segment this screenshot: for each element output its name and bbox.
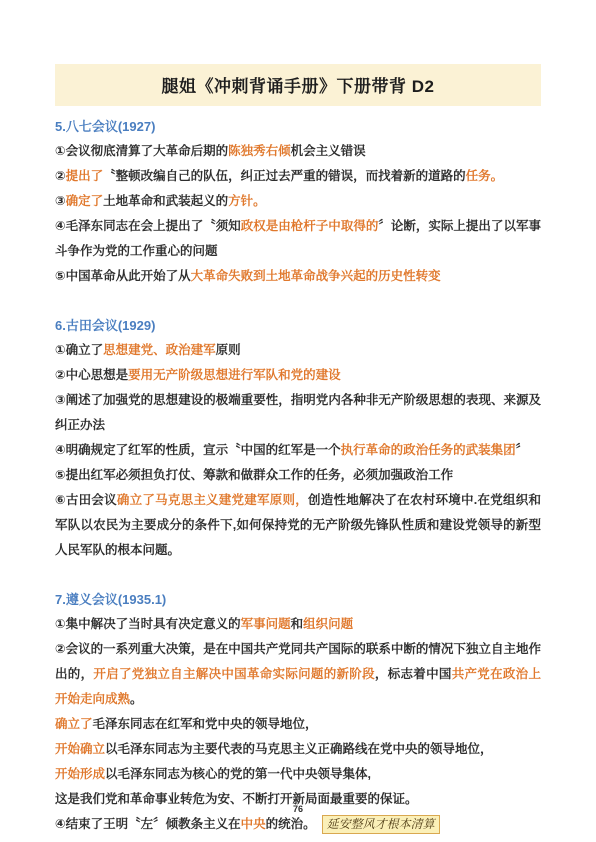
text-segment: 机会主义错误 xyxy=(291,144,366,158)
text-line: ⑥古田会议确立了马克思主义建党建军原则，创造性地解决了在农村环境中.在党组织和军… xyxy=(55,488,541,563)
text-segment: ①集中解决了当时具有决定意义的 xyxy=(55,617,241,631)
section-3: 7.遵义会议(1935.1)①集中解决了当时具有决定意义的军事问题和组织问题②会… xyxy=(55,587,541,837)
sections-container: 5.八七会议(1927)①会议彻底清算了大革命后期的陈独秀右倾机会主义错误②提出… xyxy=(55,114,541,837)
highlighted-text: 方针。 xyxy=(228,194,266,208)
section-heading: 6.古田会议(1929) xyxy=(55,313,541,338)
text-segment: 土地革命和武装起义的 xyxy=(103,194,228,208)
text-segment: ③阐述了加强党的思想建设的极端重要性，指明党内各种非无产阶级思想的表现、来源及纠… xyxy=(55,393,541,432)
text-segment: 以毛泽东同志为主要代表的马克思主义正确路线在党中央的领导地位， xyxy=(105,742,493,756)
text-line: 开始形成以毛泽东同志为核心的党的第一代中央领导集体, xyxy=(55,762,541,787)
highlighted-text: 任务。 xyxy=(466,169,504,183)
text-line: 确立了毛泽东同志在红军和党中央的领导地位， xyxy=(55,712,541,737)
highlighted-text: 大革命失败到土地革命战争兴起的历史性转变 xyxy=(191,269,441,283)
highlighted-text: 确立了 xyxy=(55,717,93,731)
text-line: ①确立了思想建党、政治建军原则 xyxy=(55,338,541,363)
text-segment: 〞 xyxy=(516,443,529,457)
text-line: ①会议彻底清算了大革命后期的陈独秀右倾机会主义错误 xyxy=(55,139,541,164)
text-segment: ⑤提出红军必须担负打仗、筹款和做群众工作的任务，必须加强政治工作 xyxy=(55,468,453,482)
highlighted-text: 组织问题 xyxy=(303,617,353,631)
text-segment: ④明确规定了红军的性质，宣示〝中国的红军是一个 xyxy=(55,443,341,457)
text-line: ⑤提出红军必须担负打仗、筹款和做群众工作的任务，必须加强政治工作 xyxy=(55,463,541,488)
note-highlight: 延安整风才根本清算 xyxy=(322,815,440,834)
text-segment: ①会议彻底清算了大革命后期的 xyxy=(55,144,228,158)
highlighted-text: 要用无产阶级思想进行军队和党的建设 xyxy=(128,368,341,382)
text-line: ③确定了土地革命和武装起义的方针。 xyxy=(55,189,541,214)
text-line: ⑤中国革命从此开始了从大革命失败到土地革命战争兴起的历史性转变 xyxy=(55,264,541,289)
text-segment: ② xyxy=(55,169,66,183)
text-segment: ④结束了王明〝左〞倾教条主义在 xyxy=(55,817,241,831)
text-segment: 以毛泽东同志为核心的党的第一代中央领导集体, xyxy=(105,767,371,781)
text-segment: ，标志着中国 xyxy=(375,667,452,681)
document-page: 腿姐《冲刺背诵手册》下册带背 D2 5.八七会议(1927)①会议彻底清算了大革… xyxy=(0,0,596,842)
text-segment: ④毛泽东同志在会上提出了〝须知 xyxy=(55,219,241,233)
highlighted-text: 确定了 xyxy=(66,194,104,208)
section-heading: 5.八七会议(1927) xyxy=(55,114,541,139)
text-segment: 原则 xyxy=(216,343,241,357)
highlighted-text: 思想建党、政治建军 xyxy=(103,343,216,357)
text-line: ④结束了王明〝左〞倾教条主义在中央的统治。延安整风才根本清算 xyxy=(55,812,541,837)
highlighted-text: 开始形成 xyxy=(55,767,105,781)
highlighted-text: 中央 xyxy=(241,817,266,831)
section-heading: 7.遵义会议(1935.1) xyxy=(55,587,541,612)
page-number: 76 xyxy=(0,804,596,814)
text-line: ②会议的一系列重大决策，是在中国共产党同共产国际的联系中断的情况下独立自主地作出… xyxy=(55,637,541,712)
section-1: 5.八七会议(1927)①会议彻底清算了大革命后期的陈独秀右倾机会主义错误②提出… xyxy=(55,114,541,289)
section-2: 6.古田会议(1929)①确立了思想建党、政治建军原则②中心思想是要用无产阶级思… xyxy=(55,313,541,563)
page-title: 腿姐《冲刺背诵手册》下册带背 D2 xyxy=(55,64,541,106)
text-line: ①集中解决了当时具有决定意义的军事问题和组织问题 xyxy=(55,612,541,637)
highlighted-text: 确立了马克思主义建党建军原则， xyxy=(117,493,308,507)
text-line: ②提出了〝整顿改编自己的队伍，纠正过去严重的错误，而找着新的道路的任务。 xyxy=(55,164,541,189)
text-line: ②中心思想是要用无产阶级思想进行军队和党的建设 xyxy=(55,363,541,388)
text-segment: ①确立了 xyxy=(55,343,103,357)
highlighted-text: 陈独秀右倾 xyxy=(228,144,291,158)
text-line: 开始确立以毛泽东同志为主要代表的马克思主义正确路线在党中央的领导地位， xyxy=(55,737,541,762)
highlighted-text: 开启了党独立自主解决中国革命实际问题的新阶段 xyxy=(93,667,375,681)
text-segment: ⑤中国革命从此开始了从 xyxy=(55,269,191,283)
text-segment: ②中心思想是 xyxy=(55,368,128,382)
highlighted-text: 开始确立 xyxy=(55,742,105,756)
text-segment: 和 xyxy=(291,617,304,631)
highlighted-text: 政权是由枪杆子中取得的 xyxy=(241,219,379,233)
text-line: ④明确规定了红军的性质，宣示〝中国的红军是一个执行革命的政治任务的武装集团〞 xyxy=(55,438,541,463)
text-segment: ③ xyxy=(55,194,66,208)
text-segment: ⑥古田会议 xyxy=(55,493,117,507)
highlighted-text: 执行革命的政治任务的武装集团 xyxy=(341,443,516,457)
text-line: ④毛泽东同志在会上提出了〝须知政权是由枪杆子中取得的〞论断，实际上提出了以军事斗… xyxy=(55,214,541,264)
text-segment: 的统治。 xyxy=(266,817,316,831)
text-segment: 毛泽东同志在红军和党中央的领导地位， xyxy=(93,717,318,731)
text-segment: 。 xyxy=(130,692,143,706)
text-line: ③阐述了加强党的思想建设的极端重要性，指明党内各种非无产阶级思想的表现、来源及纠… xyxy=(55,388,541,438)
highlighted-text: 军事问题 xyxy=(241,617,291,631)
text-segment: 〝整顿改编自己的队伍，纠正过去严重的错误，而找着新的道路的 xyxy=(103,169,466,183)
highlighted-text: 提出了 xyxy=(66,169,104,183)
